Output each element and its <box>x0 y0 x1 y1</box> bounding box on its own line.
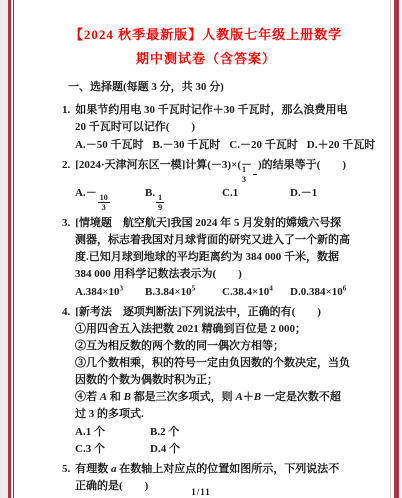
question-subitem: ①用四舍五入法把数 2021 精确到百位是 2 000； <box>75 321 350 338</box>
left-border-thin-line <box>13 0 14 498</box>
option: B.2 个 <box>150 424 245 441</box>
option: A.1 个 <box>75 424 150 441</box>
option: A.384×103 <box>75 284 145 301</box>
question-subitem: ④若 A 和 B 都是三次多项式，则 A＋B 一定是次数不超过 3 的多项式. <box>75 389 350 423</box>
question-number: 4. <box>62 306 70 318</box>
option: B.19 <box>145 185 222 212</box>
option-row: A.－50 千瓦时B.－30 千瓦时C.－20 千瓦时D.＋20 千瓦时 <box>75 137 350 154</box>
left-border-thick-line <box>8 0 11 498</box>
question-text: 如果节约用电 30 千瓦时记作＋30 千瓦时，那么浪费用电 20 千瓦时可以记作… <box>75 104 348 133</box>
page-content: 【2024 秋季最新版】人教版七年级上册数学 期中测试卷（含答案） 一、选择题(… <box>62 26 350 498</box>
option: C.3 个 <box>75 441 150 458</box>
document-page: 【2024 秋季最新版】人教版七年级上册数学 期中测试卷（含答案） 一、选择题(… <box>0 0 402 498</box>
question-text: [2024·天津河东区一模]计算(－3)×(－13)的结果等于( ) <box>75 159 346 171</box>
page-number: 1/11 <box>0 487 402 497</box>
question-text: [新考法 逐项判断法]下列说法中，正确的有( ) <box>75 306 321 318</box>
question-number: 3. <box>62 217 70 229</box>
question-list: 1.如果节约用电 30 千瓦时记作＋30 千瓦时，那么浪费用电 20 千瓦时可以… <box>62 102 350 495</box>
option: D.－1 <box>290 185 350 212</box>
option: A.－103 <box>75 185 145 212</box>
question: 4.[新考法 逐项判断法]下列说法中，正确的有( )①用四舍五入法把数 2021… <box>62 304 350 458</box>
option-row: A.1 个B.2 个C.3 个D.4 个 <box>75 424 245 458</box>
question: 2.[2024·天津河东区一模]计算(－3)×(－13)的结果等于( )A.－1… <box>62 157 350 212</box>
page-left-margin <box>0 0 8 498</box>
section-heading: 一、选择题(每题 3 分，共 30 分) <box>68 79 350 96</box>
option: D.＋20 千瓦时 <box>307 137 375 154</box>
right-border-thick-line <box>394 0 399 498</box>
question-number: 5. <box>62 463 70 475</box>
document-title-line2: 期中测试卷（含答案） <box>62 50 350 68</box>
fraction: 103 <box>98 193 110 212</box>
option: B.3.84×105 <box>145 284 222 301</box>
question: 3.[情境题 航空航天]我国 2024 年 5 月发射的嫦娥六号探测器，标志着我… <box>62 215 350 301</box>
option-row: A.384×103B.3.84×105C.38.4×104D.0.384×106 <box>75 284 350 301</box>
option: B.－30 千瓦时 <box>152 137 220 154</box>
fraction: 13 <box>253 165 257 184</box>
option: A.－50 千瓦时 <box>75 137 143 154</box>
option: C.－20 千瓦时 <box>229 137 297 154</box>
document-title-line1: 【2024 秋季最新版】人教版七年级上册数学 <box>62 26 350 44</box>
option: C.38.4×104 <box>222 284 290 301</box>
question-subitem: ②互为相反数的两个数的同一偶次方相等； <box>75 338 350 355</box>
question-number: 1. <box>62 104 70 116</box>
question-text: [情境题 航空航天]我国 2024 年 5 月发射的嫦娥六号探测器，标志着我国对… <box>75 217 350 280</box>
fraction: 19 <box>156 193 164 212</box>
option: C.1 <box>222 185 290 212</box>
option-row: A.－103B.19C.1D.－1 <box>75 185 350 212</box>
question: 1.如果节约用电 30 千瓦时记作＋30 千瓦时，那么浪费用电 20 千瓦时可以… <box>62 102 350 154</box>
option: D.0.384×106 <box>290 284 350 301</box>
question-subitem: ③几个数相乘，积的符号一定由负因数的个数决定，当负因数的个数为偶数时积为正； <box>75 355 350 389</box>
option: D.4 个 <box>150 441 245 458</box>
question-number: 2. <box>62 159 70 171</box>
right-border-thin-line <box>390 0 391 498</box>
